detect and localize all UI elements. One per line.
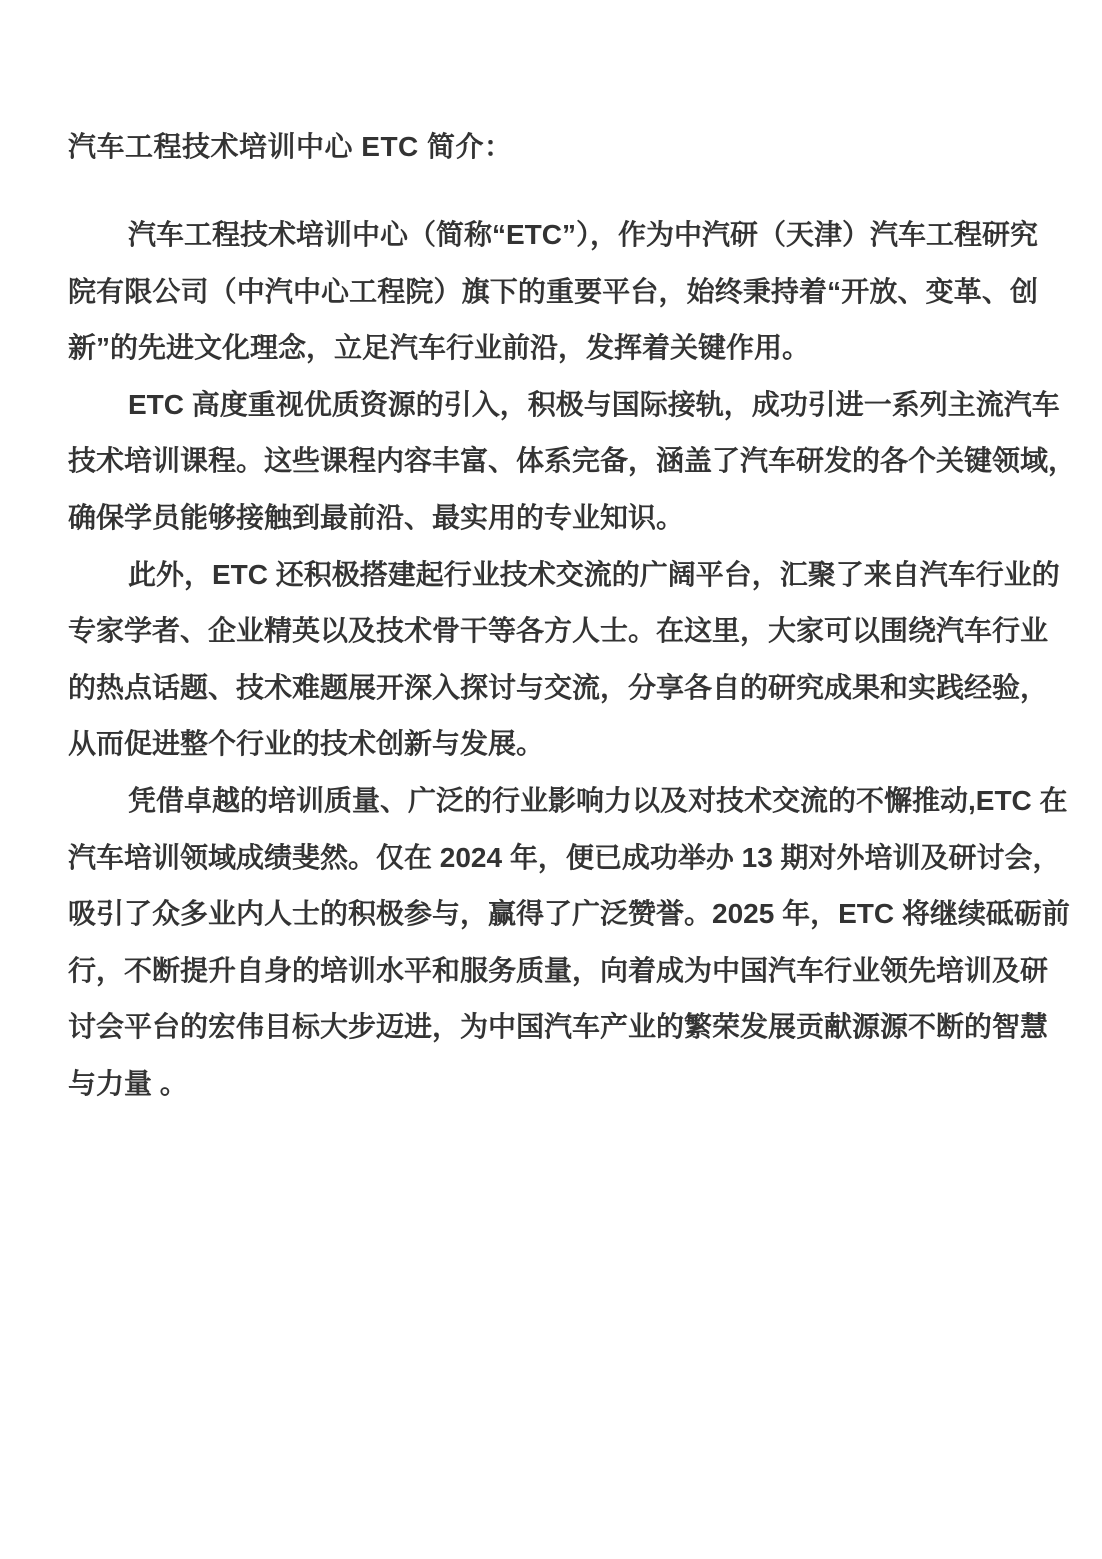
paragraph-line: ETC 高度重视优质资源的引入，积极与国际接轨，成功引进一系列主流汽车	[68, 377, 1038, 434]
paragraph-line: 从而促进整个行业的技术创新与发展。	[68, 716, 1038, 773]
document-page: 汽车工程技术培训中心 ETC 简介： 汽车工程技术培训中心（简称“ETC”），作…	[0, 0, 1102, 1559]
paragraph-4: 凭借卓越的培训质量、广泛的行业影响力以及对技术交流的不懈推动,ETC 在汽车培训…	[68, 773, 1038, 1113]
document-title: 汽车工程技术培训中心 ETC 简介：	[68, 127, 1038, 167]
paragraph-1: 汽车工程技术培训中心（简称“ETC”），作为中汽研（天津）汽车工程研究院有限公司…	[68, 207, 1038, 377]
paragraph-line: 行，不断提升自身的培训水平和服务质量，向着成为中国汽车行业领先培训及研	[68, 943, 1038, 1000]
paragraph-line: 凭借卓越的培训质量、广泛的行业影响力以及对技术交流的不懈推动,ETC 在	[68, 773, 1038, 830]
paragraph-line: 技术培训课程。这些课程内容丰富、体系完备，涵盖了汽车研发的各个关键领域，	[68, 433, 1038, 490]
paragraph-3: 此外，ETC 还积极搭建起行业技术交流的广阔平台，汇聚了来自汽车行业的专家学者、…	[68, 547, 1038, 773]
paragraph-line: 汽车培训领域成绩斐然。仅在 2024 年，便已成功举办 13 期对外培训及研讨会…	[68, 830, 1038, 887]
paragraph-line: 汽车工程技术培训中心（简称“ETC”），作为中汽研（天津）汽车工程研究	[68, 207, 1038, 264]
paragraph-line: 确保学员能够接触到最前沿、最实用的专业知识。	[68, 490, 1038, 547]
paragraph-line: 新”的先进文化理念，立足汽车行业前沿，发挥着关键作用。	[68, 320, 1038, 377]
paragraph-line: 讨会平台的宏伟目标大步迈进，为中国汽车产业的繁荣发展贡献源源不断的智慧	[68, 999, 1038, 1056]
paragraph-line: 与力量 。	[68, 1056, 1038, 1113]
paragraph-2: ETC 高度重视优质资源的引入，积极与国际接轨，成功引进一系列主流汽车技术培训课…	[68, 377, 1038, 547]
paragraph-line: 专家学者、企业精英以及技术骨干等各方人士。在这里，大家可以围绕汽车行业	[68, 603, 1038, 660]
paragraph-line: 此外，ETC 还积极搭建起行业技术交流的广阔平台，汇聚了来自汽车行业的	[68, 547, 1038, 604]
paragraph-line: 院有限公司（中汽中心工程院）旗下的重要平台，始终秉持着“开放、变革、创	[68, 264, 1038, 321]
paragraph-line: 的热点话题、技术难题展开深入探讨与交流，分享各自的研究成果和实践经验，	[68, 660, 1038, 717]
document-body: 汽车工程技术培训中心（简称“ETC”），作为中汽研（天津）汽车工程研究院有限公司…	[68, 207, 1038, 1113]
paragraph-line: 吸引了众多业内人士的积极参与，赢得了广泛赞誉。2025 年，ETC 将继续砥砺前	[68, 886, 1038, 943]
